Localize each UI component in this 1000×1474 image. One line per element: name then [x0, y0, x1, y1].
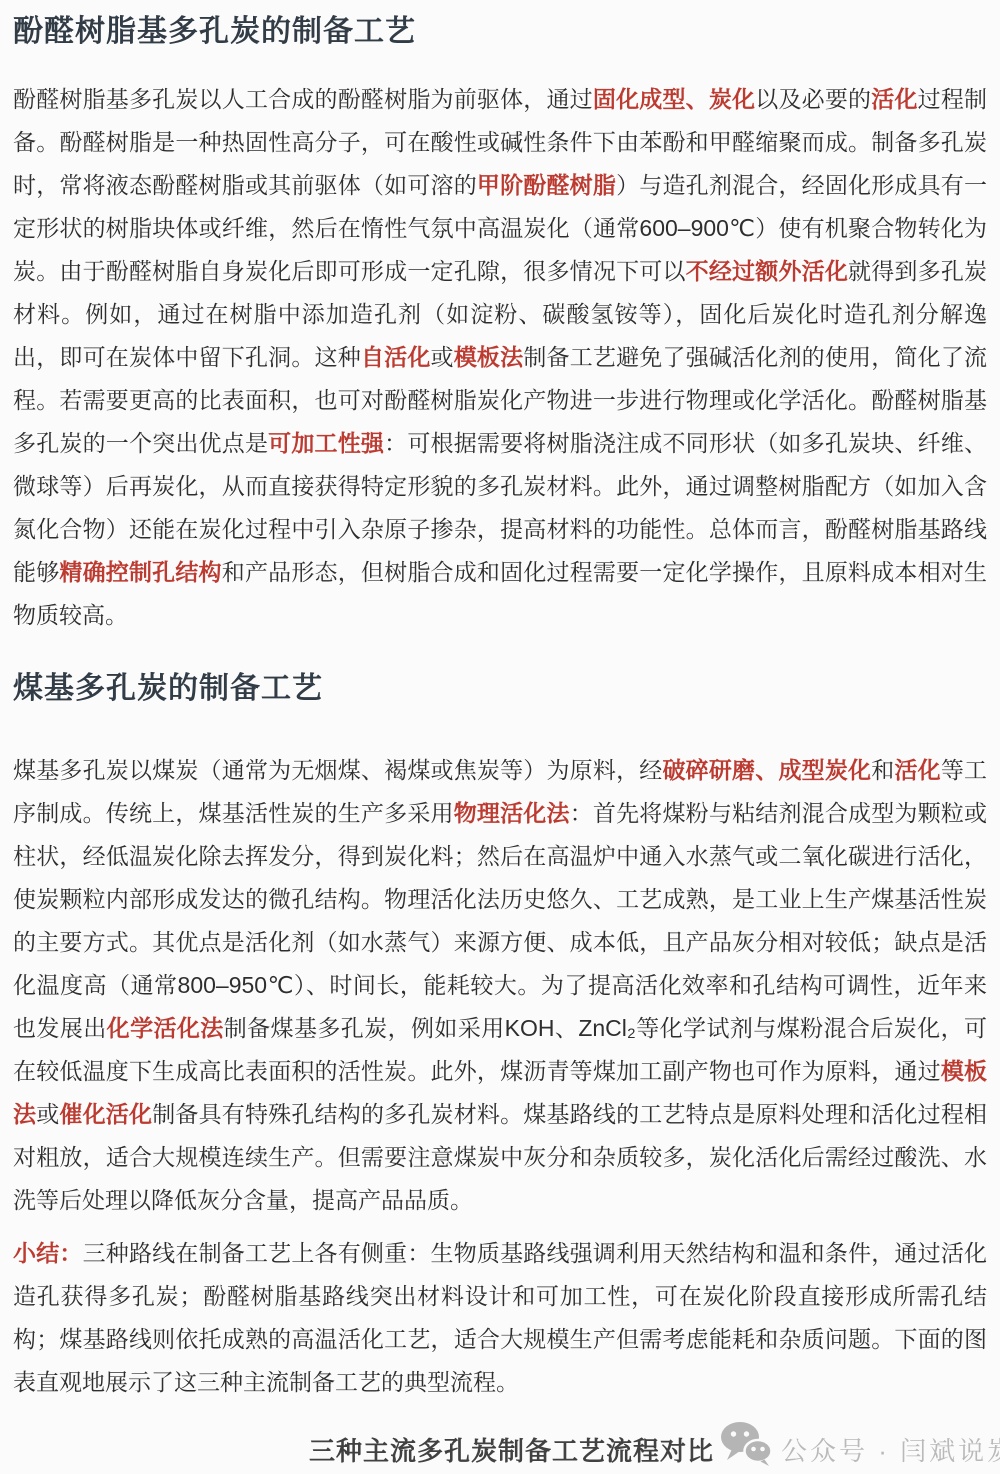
text-run: 和: [871, 757, 894, 783]
watermark-text: 公众号 · 闫斌说炭: [781, 1431, 1000, 1468]
highlight-term: 物理活化法: [454, 800, 570, 826]
highlight-term: 固化成型、炭化: [593, 86, 755, 112]
highlight-term: 甲阶酚醛树脂: [477, 172, 616, 198]
text-run: 煤基多孔炭以煤炭（通常为无烟煤、褐煤或焦炭等）为原料，经: [13, 757, 662, 783]
figure-caption: 三种主流多孔炭制备工艺流程对比: [309, 1431, 714, 1468]
text-run: 以及必要的: [755, 86, 871, 112]
highlight-term: 模板法: [454, 344, 524, 370]
paragraph-summary: 小结：三种路线在制备工艺上各有侧重：生物质基路线强调利用天然结构和温和条件，通过…: [13, 1232, 987, 1404]
highlight-term: 破碎研磨、成型炭化: [662, 757, 871, 783]
text-run: 或: [431, 344, 454, 370]
figure-caption-row: 三种主流多孔炭制备工艺流程对比 公众号 · 闫斌说炭: [309, 1426, 987, 1472]
paragraph-phenolic-resin: 酚醛树脂基多孔炭以人工合成的酚醛树脂为前驱体，通过固化成型、炭化以及必要的活化过…: [13, 78, 987, 637]
watermark: 公众号 · 闫斌说炭: [720, 1426, 1000, 1472]
highlight-term: 催化活化: [59, 1101, 152, 1127]
highlight-term: 自活化: [361, 344, 431, 370]
section-title-coal-based: 煤基多孔炭的制备工艺: [13, 671, 987, 707]
text-run: 酚醛树脂基多孔炭以人工合成的酚醛树脂为前驱体，通过: [13, 86, 593, 112]
section-title-phenolic-resin: 酚醛树脂基多孔炭的制备工艺: [13, 14, 987, 50]
highlight-term: 小结：: [13, 1240, 83, 1266]
wechat-icon: [720, 1420, 772, 1466]
highlight-term: 可加工性强: [268, 430, 384, 456]
highlight-term: 活化: [894, 757, 940, 783]
highlight-term: 精确控制孔结构: [59, 559, 221, 585]
highlight-term: 活化: [871, 86, 917, 112]
text-run: 三种路线在制备工艺上各有侧重：生物质基路线强调利用天然结构和温和条件，通过活化造…: [13, 1240, 987, 1395]
paragraph-coal-based: 煤基多孔炭以煤炭（通常为无烟煤、褐煤或焦炭等）为原料，经破碎研磨、成型炭化和活化…: [13, 749, 987, 1222]
highlight-term: 不经过额外活化: [686, 258, 848, 284]
highlight-term: 化学活化法: [107, 1015, 224, 1041]
text-run: 制备具有特殊孔结构的多孔炭材料。煤基路线的工艺特点是原料处理和活化过程相对粗放，…: [13, 1101, 987, 1213]
article: 酚醛树脂基多孔炭的制备工艺 酚醛树脂基多孔炭以人工合成的酚醛树脂为前驱体，通过固…: [0, 0, 1000, 1472]
text-run: ：首先将煤粉与粘结剂混合成型为颗粒或柱状，经低温炭化除去挥发分，得到炭化料；然后…: [13, 800, 987, 1041]
text-run: 或: [36, 1101, 59, 1127]
